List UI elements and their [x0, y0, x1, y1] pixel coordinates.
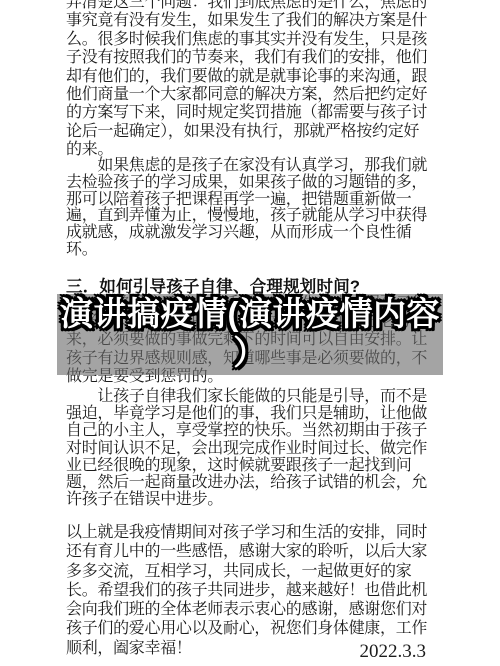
text-line: 业已经很晚的现象，这时候就要跟孩子一起找到问: [66, 457, 436, 474]
text-line: 如果焦虑的是孩子在家没有认真学习，那我们就: [66, 158, 436, 175]
paragraph-anxiety-questions: 弄清楚这三个问题：我们到底焦虑的是什么，焦虑的事究竟有没有发生，如果发生了我们的…: [66, 0, 436, 160]
text-line: 长。希望我们的孩子共同进步，越来越好！也借此机: [66, 581, 436, 600]
paragraph-check-study: 如果焦虑的是孩子在家没有认真学习，那我们就去检验孩子的学习成果，如果孩子做的习题…: [66, 158, 436, 259]
text-line: 成就感，成就激发学习兴趣，从而形成一个良性循: [66, 225, 436, 242]
text-line: 弄清楚这三个问题：我们到底焦虑的是什么，焦虑的: [66, 0, 436, 12]
date-stamp: 2022.3.3: [360, 641, 427, 663]
text-line: 许孩子在错误中进步。: [66, 491, 436, 508]
text-line: 还有育儿中的一些感悟，感谢大家的聆听，以后大家: [66, 542, 436, 561]
text-line: 孩子们的爱心用心以及耐心，祝您们身体健康，工作: [66, 619, 436, 638]
document-page: 弄清楚这三个问题：我们到底焦虑的是什么，焦虑的事究竟有没有发生，如果发生了我们的…: [0, 0, 500, 666]
text-line: 却有他们的，我们要做的就是就事论事的来沟通，跟: [66, 68, 436, 86]
text-line: 让孩子自律我们家长能做的只能是引导，而不是: [66, 388, 436, 405]
text-line: 事究竟有没有发生，如果发生了我们的解决方案是什: [66, 12, 436, 30]
paragraph-closing-thanks: 以上就是我疫情期间对孩子学习和生活的安排，同时还有育儿中的一些感悟，感谢大家的聆…: [66, 523, 436, 658]
paragraph-guide-not-force: 让孩子自律我们家长能做的只能是引导，而不是强迫，毕竟学习是他们的事，我们只是辅助…: [66, 388, 436, 508]
text-line: 么。很多时候我们焦虑的事其实并没有发生，只是孩: [66, 31, 436, 49]
watermark-title: 演讲搞疫情(演讲疫情内容 ）: [0, 294, 500, 372]
text-line: 论后一起确定），如果没有执行，那就严格按约定好: [66, 123, 436, 141]
text-line: 他们商量一个大家都同意的解决方案，然后把约定好: [66, 86, 436, 104]
text-line: 会向我们班的全体老师表示衷心的感谢，感谢您们对: [66, 600, 436, 619]
text-line: 以上就是我疫情期间对孩子学习和生活的安排，同时: [66, 523, 436, 542]
text-line: 题，然后一起商量改进办法，给孩子试错的机会，允: [66, 474, 436, 491]
text-line: 多多交流，互相学习，共同成长，一起做更好的家: [66, 562, 436, 581]
text-line: 强迫，毕竟学习是他们的事，我们只是辅助，让他做: [66, 405, 436, 422]
text-line: 子没有按照我们的节奏来，我们有我们的安排，他们: [66, 49, 436, 67]
text-line: 环。: [66, 242, 436, 259]
text-line: 那可以陪着孩子把课程再学一遍，把错题重新做一: [66, 192, 436, 209]
text-line: 自己的小主人，享受掌控的快乐。当然初期由于孩子: [66, 422, 436, 439]
watermark-title-line2: ）: [0, 333, 500, 372]
text-line: 遍，直到弄懂为止，慢慢地，孩子就能从学习中获得: [66, 208, 436, 225]
text-line: 去检验孩子的学习成果，如果孩子做的习题错的多，: [66, 175, 436, 192]
text-line: 的方案写下来，同时规定奖罚措施（都需要与孩子讨: [66, 104, 436, 122]
text-line: 对时间认识不足，会出现完成作业时间过长、做完作: [66, 440, 436, 457]
watermark-title-line1: 演讲搞疫情(演讲疫情内容: [0, 294, 500, 333]
